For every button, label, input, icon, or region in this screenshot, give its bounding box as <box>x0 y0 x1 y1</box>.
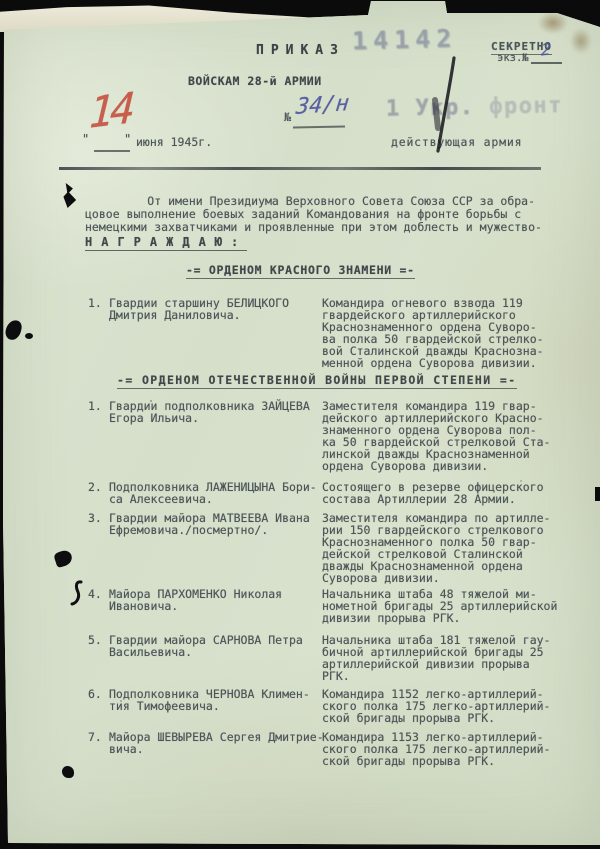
stain-smudge <box>570 28 592 54</box>
awardee-name: Майора ШЕВЫРЕВА Сергея Дмитрие- вича. <box>109 731 322 767</box>
paper-hole <box>25 333 33 339</box>
item-number: 3. <box>88 512 109 584</box>
scanned-order-page: { "document": { "stamp_number": "14142",… <box>0 0 600 849</box>
awardee-position: Начальника штаба 48 тяжелой ми- нометной… <box>322 588 570 624</box>
awardee-position: Состоящего в резерве офицерского состава… <box>322 481 570 505</box>
order-number-handwritten: 34/н <box>295 97 349 114</box>
item-number: 5. <box>88 634 109 682</box>
award-item: 6. Подполковника ЧЕРНОВА Климен- тия Тим… <box>88 688 570 724</box>
awardee-name: Подполковника ЧЕРНОВА Климен- тия Тимофе… <box>109 688 322 724</box>
addressee-line: ВОЙСКАМ 28-й АРМИИ <box>188 75 322 88</box>
front-stamp-text: 1 Укр. <box>386 95 490 122</box>
copy-number-label: экз.№ <box>497 52 529 65</box>
section-title-red-banner: -= ОРДЕНОМ КРАСНОГО ЗНАМЕНИ =- <box>186 264 415 279</box>
awardee-name: Майора ПАРХОМЕНКО Николая Ивановича. <box>109 588 322 624</box>
item-number: 4. <box>88 588 109 624</box>
item-number: 2. <box>88 481 109 505</box>
awardee-name: Гвардии майора МАТВЕЕВА Ивана Ефремовича… <box>109 512 322 584</box>
award-item: 4. Майора ПАРХОМЕНКО Николая Ивановича. … <box>88 588 570 624</box>
award-item: 2. Подполковника ЛАЖЕНИЦЫНА Бори- са Але… <box>88 481 570 505</box>
date-close-quote: " <box>124 133 131 146</box>
awardee-position: Командира огневого взвода 119 гвардейско… <box>322 297 570 369</box>
awardee-position: Начальника штаба 181 тяжелой гау- бичной… <box>322 634 570 682</box>
order-number-sign: № <box>284 111 291 124</box>
document-title: ПРИКАЗ <box>256 44 345 57</box>
registration-number-stamp: 14142 <box>352 32 458 48</box>
award-item: 1. Гвардии подполковника ЗАЙЦЕВА Егора И… <box>88 400 570 472</box>
section-title-patriotic-war: -= ОРДЕНОМ ОТЕЧЕСТВЕННОЙ ВОЙНЫ ПЕРВОЙ СТ… <box>117 374 517 389</box>
awardee-position: Командира 1152 легко-артиллерий- ского п… <box>322 688 570 724</box>
paper-edge-nick <box>595 487 600 501</box>
preamble-paragraph: От имени Президиума Верховного Совета Со… <box>85 195 542 234</box>
ink-squiggle-mark <box>70 580 84 606</box>
copy-number-underline <box>531 62 562 64</box>
date-month-year: июня 1945г. <box>136 136 212 149</box>
document-content: ПРИКАЗ 14142 СЕКРЕТНО экз.№ 2 ВОЙСКАМ 28… <box>0 0 600 849</box>
date-day-underline <box>94 150 130 152</box>
item-number: 7. <box>88 731 109 767</box>
award-item: 3. Гвардии майора МАТВЕЕВА Ивана Ефремов… <box>88 512 570 584</box>
award-item: 5. Гвардии майора САРНОВА Петра Васильев… <box>88 634 570 682</box>
order-number-underline <box>293 126 345 129</box>
awardee-name: Гвардии старшину БЕЛИЦКОГО Дмитрия Данил… <box>109 297 322 369</box>
ink-blot <box>62 766 74 778</box>
award-item: 1. Гвардии старшину БЕЛИЦКОГО Дмитрия Да… <box>88 297 570 369</box>
front-stamp: 1 Укр. фронт <box>386 99 563 116</box>
stain-smudge <box>538 12 568 34</box>
front-stamp-text-faded: фронт <box>489 93 563 120</box>
awardee-name: Гвардии майора САРНОВА Петра Васильевича… <box>109 634 322 682</box>
item-number: 1. <box>88 400 109 472</box>
awardee-position: Заместителя командира 119 гвар- дейского… <box>322 400 570 472</box>
item-number: 6. <box>88 688 109 724</box>
awardee-name: Подполковника ЛАЖЕНИЦЫНА Бори- са Алексе… <box>109 481 322 505</box>
paper-specks <box>150 400 152 402</box>
awardee-position: Командира 1153 легко-артиллерий- ского п… <box>322 731 570 767</box>
active-army-line: действующая армия <box>391 136 522 149</box>
copy-number-handwritten: 2 <box>541 42 551 56</box>
header-divider-rule <box>59 167 541 170</box>
item-number: 1. <box>88 297 109 369</box>
date-day-handwritten: 14 <box>89 101 132 119</box>
award-word: НАГРАЖДАЮ: <box>85 236 247 251</box>
awardee-position: Заместителя командира по артилле- рии 15… <box>322 512 570 584</box>
award-item: 7. Майора ШЕВЫРЕВА Сергея Дмитрие- вича.… <box>88 731 570 767</box>
awardee-name: Гвардии подполковника ЗАЙЦЕВА Егора Ильи… <box>109 400 322 472</box>
